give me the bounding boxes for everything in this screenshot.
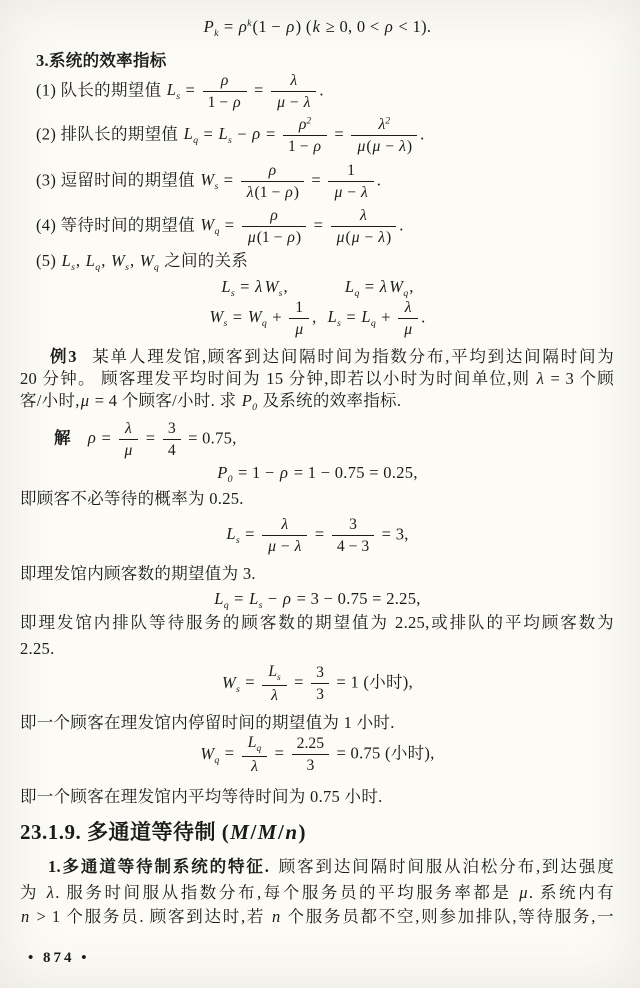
equation-ls: Ls = λμ − λ = 34 − 3 = 3, xyxy=(20,516,614,555)
item-expected-waiting-length: (2) 排队长的期望值 Lq = Ls − ρ = ρ21 − ρ = λ2μ(… xyxy=(36,116,614,155)
item-expected-queue-length: (1) 队长的期望值 Ls = ρ1 − ρ = λμ − λ. xyxy=(36,72,614,111)
note-expected-customers: 即理发馆内顾客数的期望值为 3. xyxy=(20,563,614,585)
equation-littles-law-2: Ws = Wq + 1μ,Ls = Lq + λμ. xyxy=(20,299,614,338)
solution-rho-equation: 解ρ = λμ = 34 = 0.75, xyxy=(54,420,614,459)
example3-line-2: 20 分钟。 顾客理发平均时间为 15 分钟,即若以小时为时间单位,则 λ = … xyxy=(20,368,614,390)
note-queue-expectation-line-2: 2.25. xyxy=(20,638,614,660)
formula-pk-distribution: Pk = ρk(1 − ρ) (k ≥ 0, 0 < ρ < 1). xyxy=(20,16,614,40)
item-relations-heading: (5) Ls, Lq, Ws, Wq 之间的关系 xyxy=(36,250,614,274)
equation-wq: Wq = Lqλ = 2.253 = 0.75 (小时), xyxy=(20,734,614,776)
equation-lq: Lq = Ls − ρ = 3 − 0.75 = 2.25, xyxy=(20,588,614,612)
multichannel-paragraph-line-3: n > 1 个服务员. 顾客到达时,若 n 个服务员都不空,则参加排队,等待服务… xyxy=(20,906,614,928)
equation-littles-law-1: Ls = λWs,Lq = λWq, xyxy=(20,276,614,300)
equation-ws: Ws = Lsλ = 33 = 1 (小时), xyxy=(20,663,614,705)
example3-line-3: 客/小时,μ = 4 个顾客/小时. 求 P0 及系统的效率指标. xyxy=(20,390,614,414)
scanned-book-page: Pk = ρk(1 − ρ) (k ≥ 0, 0 < ρ < 1). 3.系统的… xyxy=(0,0,640,988)
multichannel-paragraph-line-1: 1.多通道等待制系统的特征.顾客到达间隔时间服从泊松分布,到达强度 xyxy=(20,856,614,878)
equation-p0: P0 = 1 − ρ = 1 − 0.75 = 0.25, xyxy=(20,462,614,486)
page-number: • 874 • xyxy=(28,948,614,968)
multichannel-paragraph-line-2: 为 λ. 服务时间服从指数分布,每个服务员的平均服务率都是 μ. 系统内有 xyxy=(20,882,614,904)
section-heading-multichannel: 23.1.9. 多通道等待制 (M/M/n) xyxy=(20,818,614,846)
note-waiting-time: 即一个顾客在理发馆内平均等待时间为 0.75 小时. xyxy=(20,786,614,808)
example3-line-1: 例3某单人理发馆,顾客到达间隔时间为指数分布,平均到达间隔时间为 xyxy=(20,346,614,368)
item-expected-waiting-time: (4) 等待时间的期望值 Wq = ρμ(1 − ρ) = λμ(μ − λ). xyxy=(36,207,614,246)
note-queue-expectation-line-1: 即理发馆内排队等待服务的顾客数的期望值为 2.25,或排队的平均顾客数为 xyxy=(20,612,614,634)
heading-efficiency-indicators: 3.系统的效率指标 xyxy=(36,50,614,72)
note-sojourn-time: 即一个顾客在理发馆内停留时间的期望值为 1 小时. xyxy=(20,712,614,734)
note-no-wait-probability: 即顾客不必等待的概率为 0.25. xyxy=(20,488,614,510)
item-expected-sojourn-time: (3) 逗留时间的期望值 Ws = ρλ(1 − ρ) = 1μ − λ. xyxy=(36,162,614,201)
